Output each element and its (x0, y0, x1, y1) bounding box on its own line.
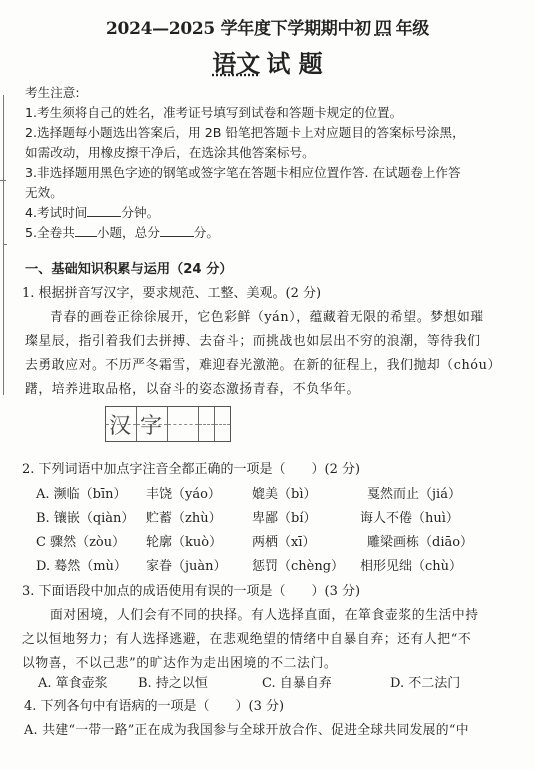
binding-margin-line (3, 95, 4, 395)
q4-option-a: A. 共建“一带一路”正在成为我国参与全球开放合作、促进全球共同发展的“中 (24, 719, 469, 738)
q2-option-a-1: A. 濒临（bīn） (36, 483, 127, 502)
grid-example-char: 汉 (109, 409, 131, 440)
exam-time-blank[interactable] (87, 204, 121, 217)
q1-stem: 1. 根据拼音写汉字，要求规范、工整、美观。(2 分) (22, 282, 321, 301)
q3-option-c: C. 自暴自弃 (262, 672, 332, 691)
binding-margin-tick (3, 244, 7, 245)
q2-option-b-4: 诲人不倦（huì） (360, 507, 459, 526)
notice-item-5: 5.全卷共小题，总分分。 (25, 222, 219, 241)
grid-cell-example-1: 汉 (106, 407, 137, 441)
item4-suffix: 分钟。 (121, 205, 159, 220)
notice-item-2: 2.选择题每小题选出答案后，用 2B 铅笔把答题卡上对应题目的答案标号涂黑， (25, 122, 465, 141)
q2-option-c-1: C 骤然（zòu） (36, 531, 125, 550)
question-count-blank[interactable] (75, 224, 97, 237)
grid-cell-example-2: 字 (137, 407, 168, 441)
q2-option-d-2: 家眷（juàn） (146, 555, 227, 574)
q3-option-a: A. 箪食壶浆 (38, 672, 108, 691)
grid-cell-answer-1[interactable] (168, 407, 199, 441)
title-prefix: 2024—2025 学年度下学期期中初 (106, 19, 371, 39)
binding-margin-tick (0, 180, 6, 181)
subject-name: 语文 (212, 49, 260, 78)
item4-prefix: 4.考试时间 (25, 205, 87, 220)
q2-stem: 2. 下列词语中加点字注音全都正确的一项是（ ）(2 分) (22, 458, 360, 477)
q3-stem: 3. 下面语段中加点的成语使用有误的一项是（ ）(3 分) (22, 580, 360, 599)
exam-subtitle: 语文试 题 (0, 44, 535, 79)
q3-passage-line-2: 之以恒地努力；有人选择逃避，在悲观绝望的情绪中自暴自弃；还有人把“不 (22, 628, 471, 647)
q2-option-d-3: 惩罚（chèng） (252, 555, 344, 574)
q4-stem: 4. 下列各句中有语病的一项是（ ）(3 分) (24, 695, 284, 714)
notice-item-3-cont: 无效。 (25, 182, 63, 201)
writing-grid[interactable]: 汉 字 (105, 406, 231, 442)
grid-cell-answer-2a[interactable] (199, 407, 215, 441)
item5-prefix: 5.全卷共 (25, 225, 75, 240)
section-1-title: 一、基础知识积累与运用（24 分） (25, 258, 233, 277)
grid-example-char: 字 (140, 409, 162, 440)
q1-passage-line-1: 青春的画卷正徐徐展开，它色彩鲜（yán），蕴藏着无限的希望。梦想如璀 (50, 306, 484, 325)
q3-option-d: D. 不二法门 (390, 672, 460, 691)
grade-value: 四 (371, 19, 396, 39)
q2-option-d-1: D. 蓦然（mù） (36, 555, 127, 574)
q1-passage-line-2: 璨星辰，指引着我们去拼搏、去奋斗；而挑战也如层出不穷的浪潮，等待我们 (25, 330, 481, 349)
exam-label: 试 题 (266, 49, 322, 78)
q2-option-d-4: 相形见绌（chù） (360, 555, 462, 574)
q2-option-c-2: 轮廓（kuò） (146, 531, 222, 550)
grid-cell-answer-2b[interactable] (215, 407, 230, 441)
q1-passage-line-3: 去勇敢应对。不历严冬霜雪，难迎春光激滟。在新的征程上，我们抛却（chóu） (25, 354, 501, 373)
item5-suffix: 分。 (194, 225, 219, 240)
exam-title: 2024—2025 学年度下学期期中初四年级 (0, 14, 535, 39)
notice-item-2-cont: 如需改动，用橡皮擦干净后，在选涂其他答案标号。 (25, 142, 315, 161)
q2-option-c-3: 两栖（xī） (252, 531, 316, 550)
q2-option-b-2: 贮蓄（zhù） (146, 507, 222, 526)
q3-passage-line-1: 面对困境，人们会有不同的抉择。有人选择直面，在箪食壶浆的生活中持 (50, 604, 479, 623)
total-score-blank[interactable] (160, 224, 194, 237)
item5-mid: 小题，总分 (97, 225, 160, 240)
q2-option-a-4: 戛然而止（jiá） (367, 483, 461, 502)
notice-item-1: 1.考生须将自己的姓名，准考证号填写到试卷和答题卡规定的位置。 (25, 102, 402, 121)
q1-passage-line-4: 躇，培养进取品格，以奋斗的姿态激扬青春，不负华年。 (25, 378, 360, 397)
q3-option-b: B. 持之以恒 (138, 672, 208, 691)
notice-item-4: 4.考试时间分钟。 (25, 202, 159, 221)
q2-option-b-3: 卑鄙（bí） (252, 507, 316, 526)
q2-option-a-3: 媲美（bì） (252, 483, 316, 502)
q2-option-a-2: 丰饶（yáo） (146, 483, 221, 502)
q2-option-c-4: 雕梁画栋（diāo） (367, 531, 473, 550)
q3-passage-line-3: 以物喜，不以己悲”的旷达作为走出困境的不二法门。 (22, 652, 337, 671)
notice-heading: 考生注意: (25, 82, 80, 101)
q2-option-b-1: B. 镶嵌（qiàn） (36, 507, 134, 526)
notice-item-3: 3.非选择题用黑色字迹的钢笔或签字笔在答题卡相应位置作答. 在试题卷上作答 (25, 162, 461, 181)
title-suffix: 年级 (396, 19, 429, 39)
